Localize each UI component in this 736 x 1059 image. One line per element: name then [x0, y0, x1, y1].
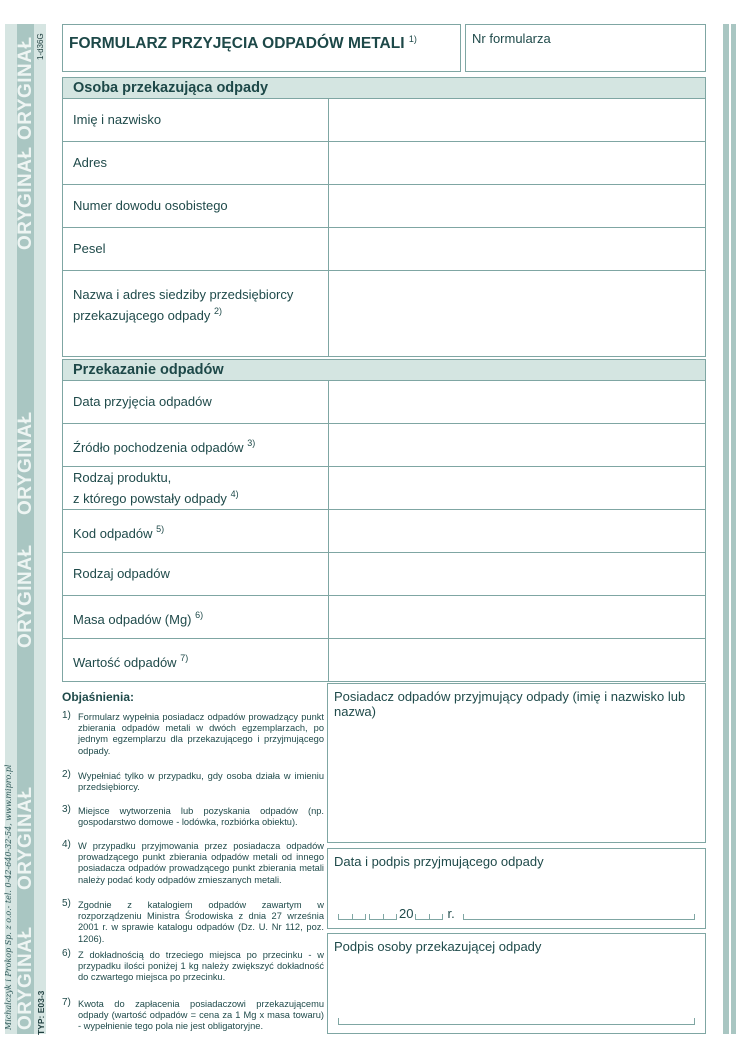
- type-code: TYP: E03-3: [36, 991, 46, 1035]
- watermark-text: ORYGINAŁ: [15, 411, 37, 515]
- table-row: Rodzaj produktu,z którego powstały odpad…: [63, 467, 705, 510]
- field-label: Rodzaj odpadów: [63, 553, 329, 595]
- explanation-note: 6)Z dokładnością do trzeciego miejsca po…: [62, 950, 324, 984]
- right-strip: [731, 24, 736, 1034]
- year-prefix: 20: [399, 908, 413, 920]
- field-label: Masa odpadów (Mg) 6): [63, 596, 329, 638]
- watermark-text: ORYGINAŁ: [15, 36, 37, 140]
- product-type-field[interactable]: [329, 467, 705, 509]
- giver-signature-box: Podpis osoby przekazującej odpady: [327, 933, 706, 1034]
- table-row: Numer dowodu osobistego: [63, 185, 705, 228]
- business-name-address-field[interactable]: [329, 271, 705, 356]
- explanation-note: 2)Wypełniać tylko w przypadku, gdy osoba…: [62, 771, 324, 793]
- address-field[interactable]: [329, 142, 705, 184]
- id-number-field[interactable]: [329, 185, 705, 227]
- field-label: Wartość odpadów 7): [63, 639, 329, 681]
- watermark-text: ORYGINAŁ: [15, 786, 37, 890]
- explanation-note: 7)Kwota do zapłacenia posiadaczowi przek…: [62, 999, 324, 1033]
- right-strip: [723, 24, 729, 1034]
- date-line: 20 r.: [338, 910, 695, 920]
- receiver-holder-label: Posiadacz odpadów przyjmujący odpady (im…: [334, 689, 705, 719]
- date-signature-label: Data i podpis przyjmującego odpady: [334, 854, 544, 869]
- explanation-note: 4)W przypadku przyjmowania przez posiada…: [62, 841, 324, 886]
- explanations-title: Objaśnienia:: [62, 690, 134, 704]
- giver-signature-label: Podpis osoby przekazującej odpady: [334, 939, 541, 954]
- waste-code-field[interactable]: [329, 510, 705, 552]
- table-row: Źródło pochodzenia odpadów 3): [63, 424, 705, 467]
- field-label: Adres: [63, 142, 329, 184]
- maker-info: Michalczyk i Prokop Sp. z o.o.- tel. 0-4…: [4, 765, 13, 1030]
- table-row: Kod odpadów 5): [63, 510, 705, 553]
- section-transfer: Przekazanie odpadów Data przyjęcia odpad…: [62, 359, 706, 682]
- day-field: [352, 914, 366, 920]
- table-row: Adres: [63, 142, 705, 185]
- watermark-text: ORYGINAŁ: [15, 146, 37, 250]
- explanation-note: 3)Miejsce wytworzenia lub pozyskania odp…: [62, 806, 324, 828]
- table-row: Rodzaj odpadów: [63, 553, 705, 596]
- watermark-text: ORYGINAŁ: [15, 544, 37, 648]
- title-box: FORMULARZ PRZYJĘCIA ODPADÓW METALI 1): [62, 24, 461, 72]
- year-field[interactable]: [415, 914, 429, 920]
- section-heading: Osoba przekazująca odpady: [63, 78, 705, 99]
- form-number-label: Nr formularza: [472, 31, 551, 46]
- field-label: Numer dowodu osobistego: [63, 185, 329, 227]
- month-field[interactable]: [369, 914, 383, 920]
- day-field[interactable]: [338, 914, 352, 920]
- form-title: FORMULARZ PRZYJĘCIA ODPADÓW METALI 1): [69, 34, 417, 53]
- table-row: Nazwa i adres siedziby przedsiębiorcyprz…: [63, 271, 705, 356]
- year-field: [429, 914, 443, 920]
- name-field[interactable]: [329, 99, 705, 141]
- waste-value-field[interactable]: [329, 639, 705, 681]
- field-label: Nazwa i adres siedziby przedsiębiorcyprz…: [63, 271, 329, 356]
- receiver-date-signature-box: Data i podpis przyjmującego odpady 20 r.: [327, 848, 706, 929]
- table-row: Masa odpadów (Mg) 6): [63, 596, 705, 639]
- table-row: Pesel: [63, 228, 705, 271]
- receipt-date-field[interactable]: [329, 381, 705, 423]
- month-field: [383, 914, 397, 920]
- form-code: 1-d36G: [36, 33, 45, 60]
- table-row: Wartość odpadów 7): [63, 639, 705, 681]
- waste-type-field[interactable]: [329, 553, 705, 595]
- field-label: Imię i nazwisko: [63, 99, 329, 141]
- explanation-note: 1)Formularz wypełnia posiadacz odpadów p…: [62, 712, 324, 757]
- receiver-signature-field[interactable]: [463, 914, 695, 920]
- field-label: Kod odpadów 5): [63, 510, 329, 552]
- table-row: Data przyjęcia odpadów: [63, 381, 705, 424]
- field-label: Źródło pochodzenia odpadów 3): [63, 424, 329, 466]
- field-label: Data przyjęcia odpadów: [63, 381, 329, 423]
- table-row: Imię i nazwisko: [63, 99, 705, 142]
- field-label: Rodzaj produktu,z którego powstały odpad…: [63, 467, 329, 509]
- explanation-note: 5)Zgodnie z katalogiem odpadów zawartym …: [62, 900, 324, 945]
- pesel-field[interactable]: [329, 228, 705, 270]
- field-label: Pesel: [63, 228, 329, 270]
- section-heading: Przekazanie odpadów: [63, 360, 705, 381]
- giver-signature-field[interactable]: [338, 1018, 695, 1025]
- waste-mass-field[interactable]: [329, 596, 705, 638]
- section-person: Osoba przekazująca odpady Imię i nazwisk…: [62, 77, 706, 357]
- form-number-field[interactable]: Nr formularza: [465, 24, 706, 72]
- watermark-text: ORYGINAŁ: [15, 926, 37, 1030]
- receiver-holder-field[interactable]: Posiadacz odpadów przyjmujący odpady (im…: [327, 683, 706, 843]
- waste-source-field[interactable]: [329, 424, 705, 466]
- year-suffix: r.: [447, 908, 454, 920]
